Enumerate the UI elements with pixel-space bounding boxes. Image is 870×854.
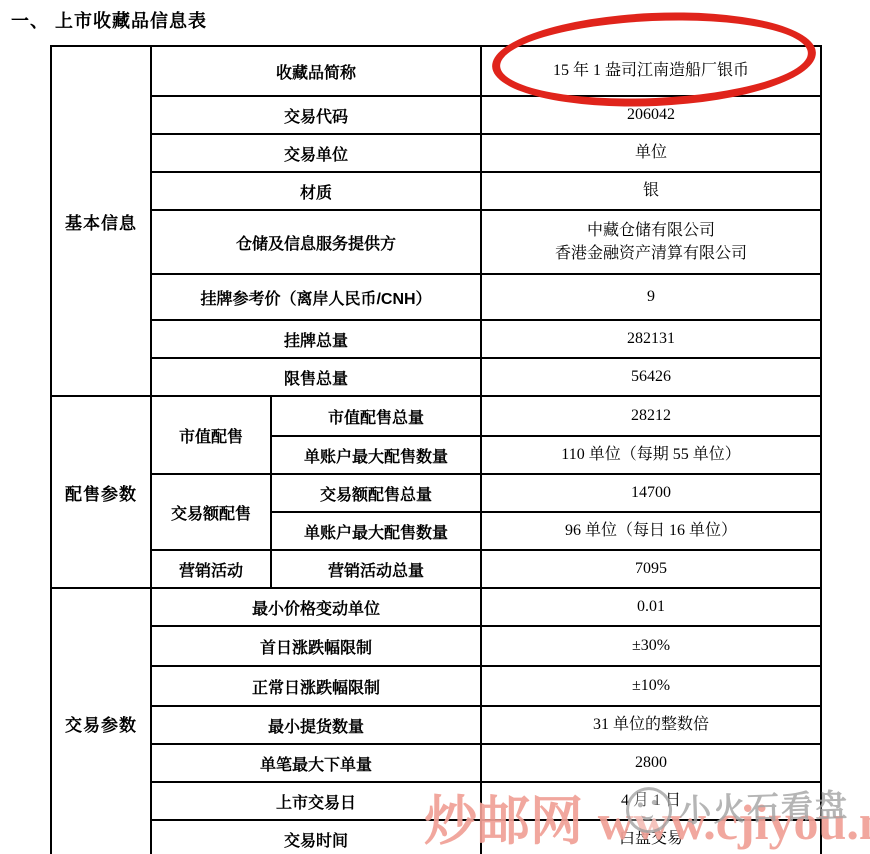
- row-label: 最小价格变动单位: [151, 588, 481, 626]
- row-label: 材质: [151, 172, 481, 210]
- row-label: 限售总量: [151, 358, 481, 396]
- row-label: 交易单位: [151, 134, 481, 172]
- row-label: 交易代码: [151, 96, 481, 134]
- subgroup-marketing-activity: 营销活动: [151, 550, 271, 588]
- row-value: ±30%: [481, 626, 821, 666]
- row-value: 31 单位的整数倍: [481, 706, 821, 744]
- row-value: 白盘交易: [481, 820, 821, 854]
- section-trading-params-label: 交易参数: [51, 588, 151, 854]
- row-value: 110 单位（每期 55 单位）: [481, 436, 821, 474]
- row-value: 4 月 1 日: [481, 782, 821, 820]
- row-value: 2800: [481, 744, 821, 782]
- page-title: 一、 上市收藏品信息表: [11, 7, 207, 33]
- row-value: 7095: [481, 550, 821, 588]
- provider-line-1: 中藏仓储有限公司: [486, 219, 816, 242]
- row-value-providers: 中藏仓储有限公司 香港金融资产清算有限公司: [481, 210, 821, 274]
- row-label: 交易额配售总量: [271, 474, 481, 512]
- row-label: 市值配售总量: [271, 396, 481, 436]
- section-allotment-label: 配售参数: [51, 396, 151, 588]
- subgroup-market-value-allotment: 市值配售: [151, 396, 271, 474]
- subgroup-turnover-allotment: 交易额配售: [151, 474, 271, 550]
- row-label: 首日涨跌幅限制: [151, 626, 481, 666]
- row-value: 9: [481, 274, 821, 320]
- row-label: 最小提货数量: [151, 706, 481, 744]
- row-value: 282131: [481, 320, 821, 358]
- row-value: ±10%: [481, 666, 821, 706]
- row-label: 营销活动总量: [271, 550, 481, 588]
- row-label: 挂牌参考价（离岸人民币/CNH）: [151, 274, 481, 320]
- row-value: 56426: [481, 358, 821, 396]
- row-value: 0.01: [481, 588, 821, 626]
- row-value: 单位: [481, 134, 821, 172]
- collectible-info-table: 基本信息 收藏品简称 15 年 1 盎司江南造船厂银币 交易代码 206042 …: [50, 45, 822, 854]
- row-value: 28212: [481, 396, 821, 436]
- provider-line-2: 香港金融资产清算有限公司: [486, 242, 816, 265]
- row-value: 96 单位（每日 16 单位）: [481, 512, 821, 550]
- row-value-collectible-name: 15 年 1 盎司江南造船厂银币: [481, 46, 821, 96]
- row-label: 收藏品简称: [151, 46, 481, 96]
- row-label: 单账户最大配售数量: [271, 436, 481, 474]
- row-value: 14700: [481, 474, 821, 512]
- row-value: 206042: [481, 96, 821, 134]
- row-label: 仓储及信息服务提供方: [151, 210, 481, 274]
- row-label: 交易时间: [151, 820, 481, 854]
- row-value: 银: [481, 172, 821, 210]
- row-label: 正常日涨跌幅限制: [151, 666, 481, 706]
- row-label: 单笔最大下单量: [151, 744, 481, 782]
- section-basic-info-label: 基本信息: [51, 46, 151, 396]
- row-label: 上市交易日: [151, 782, 481, 820]
- row-label: 挂牌总量: [151, 320, 481, 358]
- row-label: 单账户最大配售数量: [271, 512, 481, 550]
